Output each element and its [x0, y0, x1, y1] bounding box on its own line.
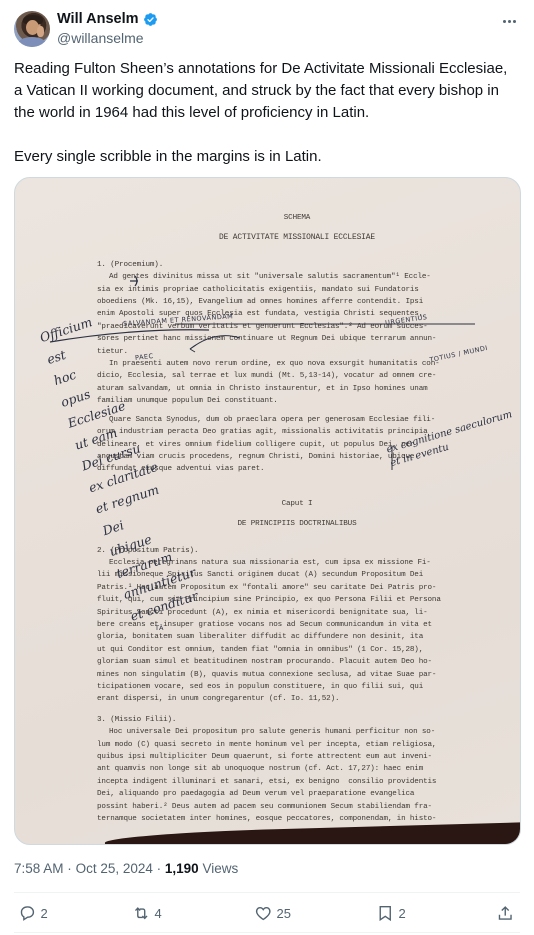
tweet-time[interactable]: 7:58 AM: [14, 861, 64, 876]
more-horizontal-icon[interactable]: [500, 12, 518, 30]
doc-section-title: 3. (Missio Filii).: [97, 714, 497, 726]
doc-line: ant quamvis non longe sit ab unoquoque n…: [97, 763, 497, 775]
tweet-paragraph: Every single scribble in the margins is …: [14, 146, 514, 168]
divider: [14, 892, 520, 893]
doc-section-1-para2: In praesenti autem novo rerum ordine, ex…: [97, 358, 497, 408]
heart-icon: [254, 904, 273, 923]
doc-subheading: DE ACTIVITATE MISSIONALI ECCLESIAE: [97, 232, 497, 244]
verified-badge-icon: [143, 12, 158, 27]
repost-count: 4: [155, 906, 162, 921]
doc-line: ticipationem vocare, sed eos in populum …: [97, 681, 497, 693]
divider: [14, 932, 520, 933]
doc-line: sia ex intimis propriae catholicitatis e…: [97, 284, 497, 296]
repost-arrows-icon: [132, 904, 151, 923]
doc-line: lum modo (C) quasi secreto in mente homi…: [97, 739, 497, 751]
doc-line: quibus ipsi multipliciter Deum quaerunt,…: [97, 751, 497, 763]
doc-line: Dei, aliquando pro paedagogia ad Deum ve…: [97, 788, 497, 800]
doc-line: mines non singulatim (B), quavis mutua c…: [97, 669, 497, 681]
tweet-text: Reading Fulton Sheen’s annotations for D…: [14, 58, 514, 168]
doc-line: oboediens (Mk. 16,15), Evangelium ad omn…: [97, 296, 497, 308]
doc-heading: SCHEMA: [97, 212, 497, 224]
like-count: 25: [277, 906, 291, 921]
avatar[interactable]: [14, 11, 50, 47]
avatar-hand: [37, 26, 44, 37]
bookmark-icon: [376, 904, 395, 923]
reply-count: 2: [41, 906, 48, 921]
doc-line: incepta indigent illuminari et sanari, e…: [97, 776, 497, 788]
reply-button[interactable]: 2: [18, 899, 48, 927]
doc-line: sores pertinet hanc missionem continuare…: [97, 333, 497, 345]
doc-line: gloria, bonitatem suam liberaliter diffu…: [97, 631, 497, 643]
handle[interactable]: @willanselme: [57, 30, 144, 46]
doc-section-3: Hoc universale Dei propositum pro salute…: [97, 726, 497, 825]
tweet-media-image[interactable]: SCHEMA DE ACTIVITATE MISSIONALI ECCLESIA…: [14, 177, 521, 845]
doc-line: erant dispersi, in unum congregarentur (…: [97, 693, 497, 705]
views-count: 1,190: [165, 861, 199, 876]
doc-line: Hoc universale Dei propositum pro salute…: [97, 726, 497, 738]
doc-line: dicio, Ecclesia, sal terrae et lux mundi…: [97, 370, 497, 382]
doc-line: possint haberi.² Deus autem ad pacem seu…: [97, 801, 497, 813]
share-upload-icon: [496, 904, 515, 923]
doc-line: aturam salvandam, ut omnia in Christo in…: [97, 383, 497, 395]
doc-line: Ad gentes divinitus missa ut sit "univer…: [97, 271, 497, 283]
repost-button[interactable]: 4: [132, 899, 162, 927]
doc-section-title: 1. (Procemium).: [97, 259, 497, 271]
share-button[interactable]: [496, 899, 515, 927]
paper-edge-shadow: [105, 822, 521, 845]
tweet-date[interactable]: Oct 25, 2024: [76, 861, 153, 876]
handwritten-inline-annotation: TÂ: [155, 624, 164, 632]
doc-line: Quare Sancta Synodus, dum ob praeclara o…: [97, 414, 497, 426]
doc-section-1: Ad gentes divinitus missa ut sit "univer…: [97, 271, 497, 358]
bookmark-button[interactable]: 2: [376, 899, 406, 927]
bookmark-count: 2: [399, 906, 406, 921]
action-bar: 2 4 25 2: [14, 899, 520, 927]
tweet-header: Will Anselm @willanselme: [14, 10, 520, 50]
like-button[interactable]: 25: [254, 899, 291, 927]
name-row: Will Anselm: [57, 11, 158, 27]
doc-line: ut qui Conditor est omnium, tandem fiat …: [97, 644, 497, 656]
tweet-paragraph: Reading Fulton Sheen’s annotations for D…: [14, 58, 514, 124]
doc-line: familiam unumque populum Dei constituant…: [97, 395, 497, 407]
doc-line: ternamque societatem inter homines, eosq…: [97, 813, 497, 825]
avatar-shirt: [18, 37, 46, 47]
doc-line: gloriam suam simul et beatitudinem nostr…: [97, 656, 497, 668]
tweet-meta: 7:58 AM · Oct 25, 2024 · 1,190 Views: [14, 861, 238, 876]
display-name[interactable]: Will Anselm: [57, 11, 139, 27]
views-label: Views: [202, 861, 238, 876]
speech-bubble-icon: [18, 904, 37, 923]
